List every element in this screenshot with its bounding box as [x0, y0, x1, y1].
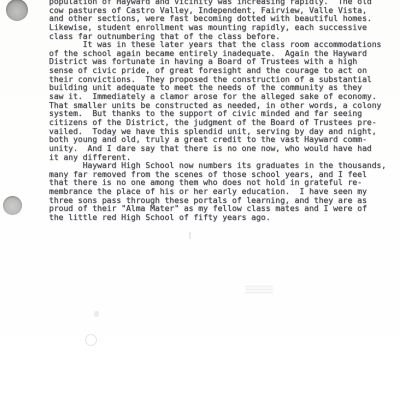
- paragraph-2: It was in these later years that the cla…: [49, 41, 394, 162]
- binder-hole-punch-middle: [3, 196, 22, 215]
- binder-hole-punch-top: [6, 0, 28, 21]
- document-text: population of Hayward and vicinity was i…: [49, 0, 394, 223]
- scan-artifact: [189, 232, 191, 239]
- scan-artifact: [85, 334, 97, 346]
- paragraph-1: population of Hayward and vicinity was i…: [49, 0, 394, 41]
- paragraph-3: Hayward High School now numbers its grad…: [49, 162, 394, 222]
- text-line: the little red High School of fifty year…: [49, 214, 394, 223]
- scanned-document-page: population of Hayward and vicinity was i…: [0, 0, 400, 400]
- scan-artifact: [94, 311, 99, 317]
- scan-artifact: [245, 286, 273, 295]
